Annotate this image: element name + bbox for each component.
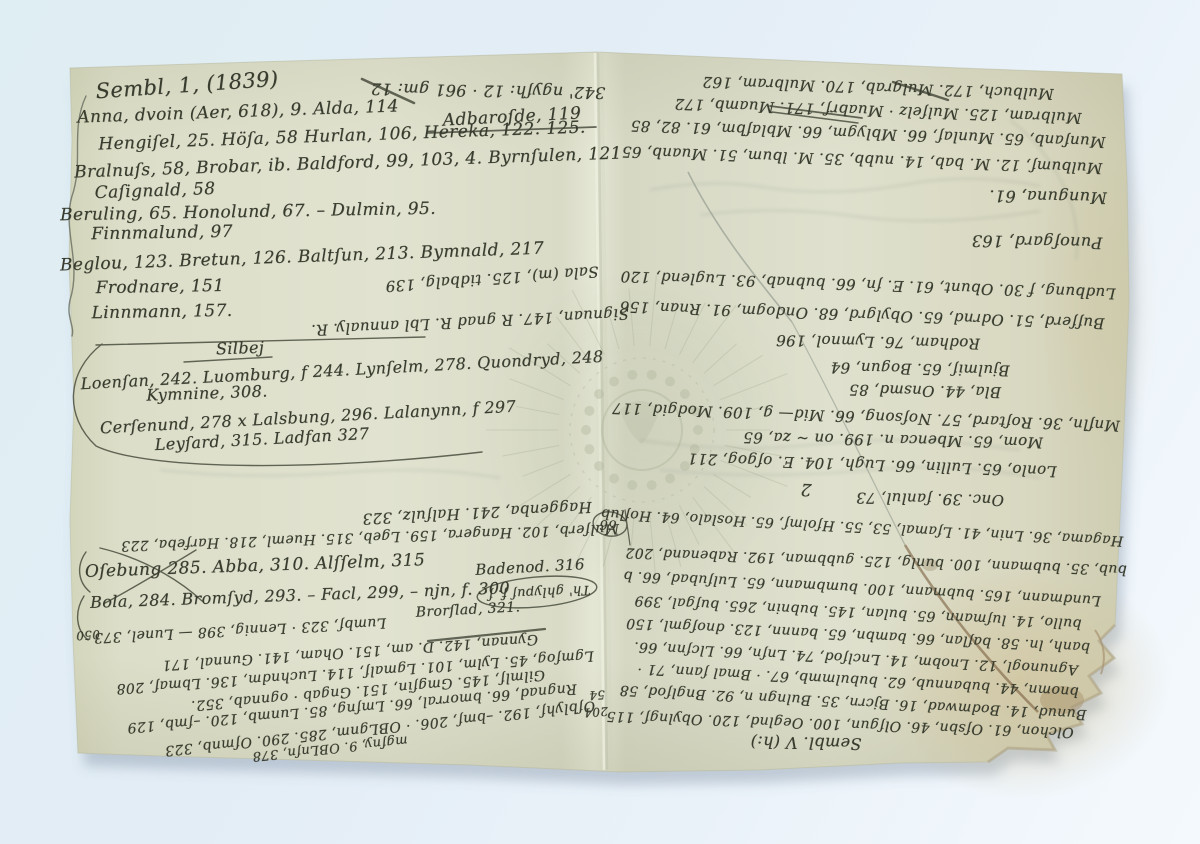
document-photo (0, 0, 1200, 844)
embossed-seal-stamp (482, 270, 802, 590)
photo-scene: Sembl, 1, (1839)342' ngyſh: 12 · 961 gm:… (0, 0, 1200, 844)
